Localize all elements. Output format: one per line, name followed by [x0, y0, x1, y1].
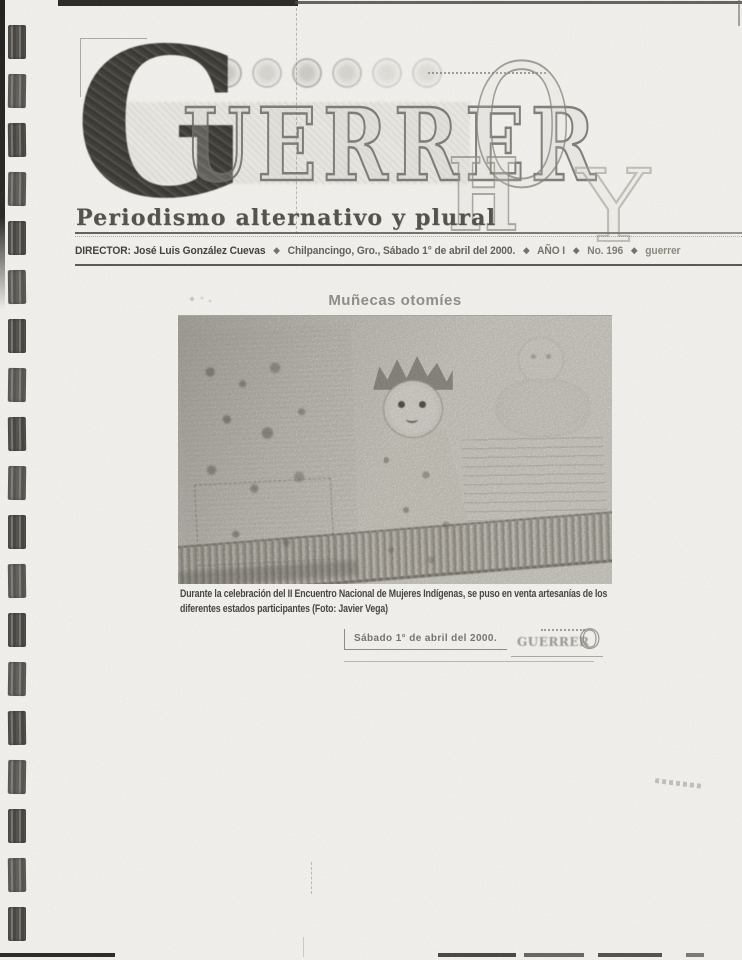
- caption-line-1: Durante la celebración del II Encuentro …: [180, 587, 607, 602]
- doll-body: [496, 379, 590, 437]
- scan-bottom-edge: [438, 953, 516, 957]
- photo-second-doll: [478, 321, 608, 441]
- scan-squiggle-mark: [655, 778, 703, 789]
- binding-mark: [8, 221, 26, 255]
- photo-caption: Durante la celebración del II Encuentro …: [180, 587, 714, 616]
- doll-eye: [546, 354, 551, 359]
- date-stamp-text: Sábado 1° de abril del 2000.: [344, 629, 507, 650]
- diamond-separator-icon: ❖: [518, 246, 535, 256]
- binding-mark: [8, 25, 26, 59]
- photo-texture-streaks: [461, 432, 607, 521]
- masthead-tagline: Periodismo alternativo y plural: [76, 205, 496, 231]
- date-stamp-rule: [344, 661, 594, 662]
- ornament-circle-icon: [252, 58, 282, 88]
- place-and-date: Chilpancingo, Gro., Sábado 1° de abril d…: [288, 245, 516, 257]
- scan-bottom-edge: [598, 953, 662, 957]
- doll-eye: [419, 401, 426, 408]
- scanned-newspaper-page: G UERRER O H Y Periodismo alternativo y …: [0, 0, 742, 960]
- spiral-binding: [0, 0, 36, 960]
- binding-mark: [8, 564, 26, 598]
- director-label: DIRECTOR:: [75, 245, 131, 257]
- binding-mark: [8, 515, 26, 549]
- issue-number: No. 196: [587, 245, 623, 257]
- binding-mark: [8, 809, 26, 843]
- director-bar: DIRECTOR: José Luis González Cuevas ❖ Ch…: [75, 236, 742, 266]
- binding-mark: [8, 368, 26, 402]
- binding-mark: [8, 417, 26, 451]
- scan-top-edge-light: [295, 1, 742, 4]
- binding-mark: [8, 466, 26, 500]
- scan-bottom-edge: [686, 953, 704, 957]
- doll-eye: [531, 354, 536, 359]
- binding-mark: [8, 858, 26, 892]
- scan-bottom-edge: [524, 953, 584, 957]
- ornament-circle-icon: [372, 58, 402, 88]
- scan-vertical-mark: [303, 937, 304, 957]
- scan-right-edge-tick: [738, 0, 740, 26]
- binding-mark: [8, 662, 26, 696]
- scan-bottom-edge: [0, 953, 115, 957]
- binding-mark: [8, 270, 26, 304]
- masthead-rule: [75, 232, 742, 234]
- mini-logo-o: O: [579, 625, 600, 655]
- photo-title: Muñecas otomíes: [178, 292, 612, 309]
- ornament-circle-icon: [332, 58, 362, 88]
- diamond-separator-icon: ❖: [568, 246, 585, 256]
- date-stamp: Sábado 1° de abril del 2000. GUERRER O: [344, 629, 607, 659]
- binding-mark: [8, 123, 26, 157]
- binding-mark: [8, 74, 26, 108]
- binding-mark: [8, 319, 26, 353]
- news-photo: [178, 315, 612, 584]
- mini-logo-underline: [511, 656, 603, 657]
- doll-mouth: [406, 415, 418, 423]
- scan-vertical-mark: [311, 862, 312, 894]
- masthead-tail-text: guerrer: [645, 245, 680, 257]
- binding-mark: [8, 172, 26, 206]
- caption-line-2: diferentes estados participantes (Foto: …: [180, 602, 607, 617]
- ornament-circle-icon: [292, 58, 322, 88]
- binding-mark: [8, 711, 26, 745]
- doll-eye: [398, 401, 405, 408]
- doll-head: [518, 337, 564, 383]
- mini-masthead-logo: GUERRER O: [511, 629, 607, 659]
- director-line: DIRECTOR: José Luis González Cuevas ❖ Ch…: [75, 245, 680, 257]
- binding-mark: [8, 613, 26, 647]
- diamond-separator-icon: ❖: [626, 246, 643, 256]
- year-label: AÑO I: [537, 245, 565, 257]
- binding-mark: [8, 760, 26, 794]
- doll-head: [383, 380, 443, 438]
- director-name: José Luis González Cuevas: [134, 245, 266, 257]
- binding-mark: [8, 907, 26, 941]
- diamond-separator-icon: ❖: [268, 246, 285, 256]
